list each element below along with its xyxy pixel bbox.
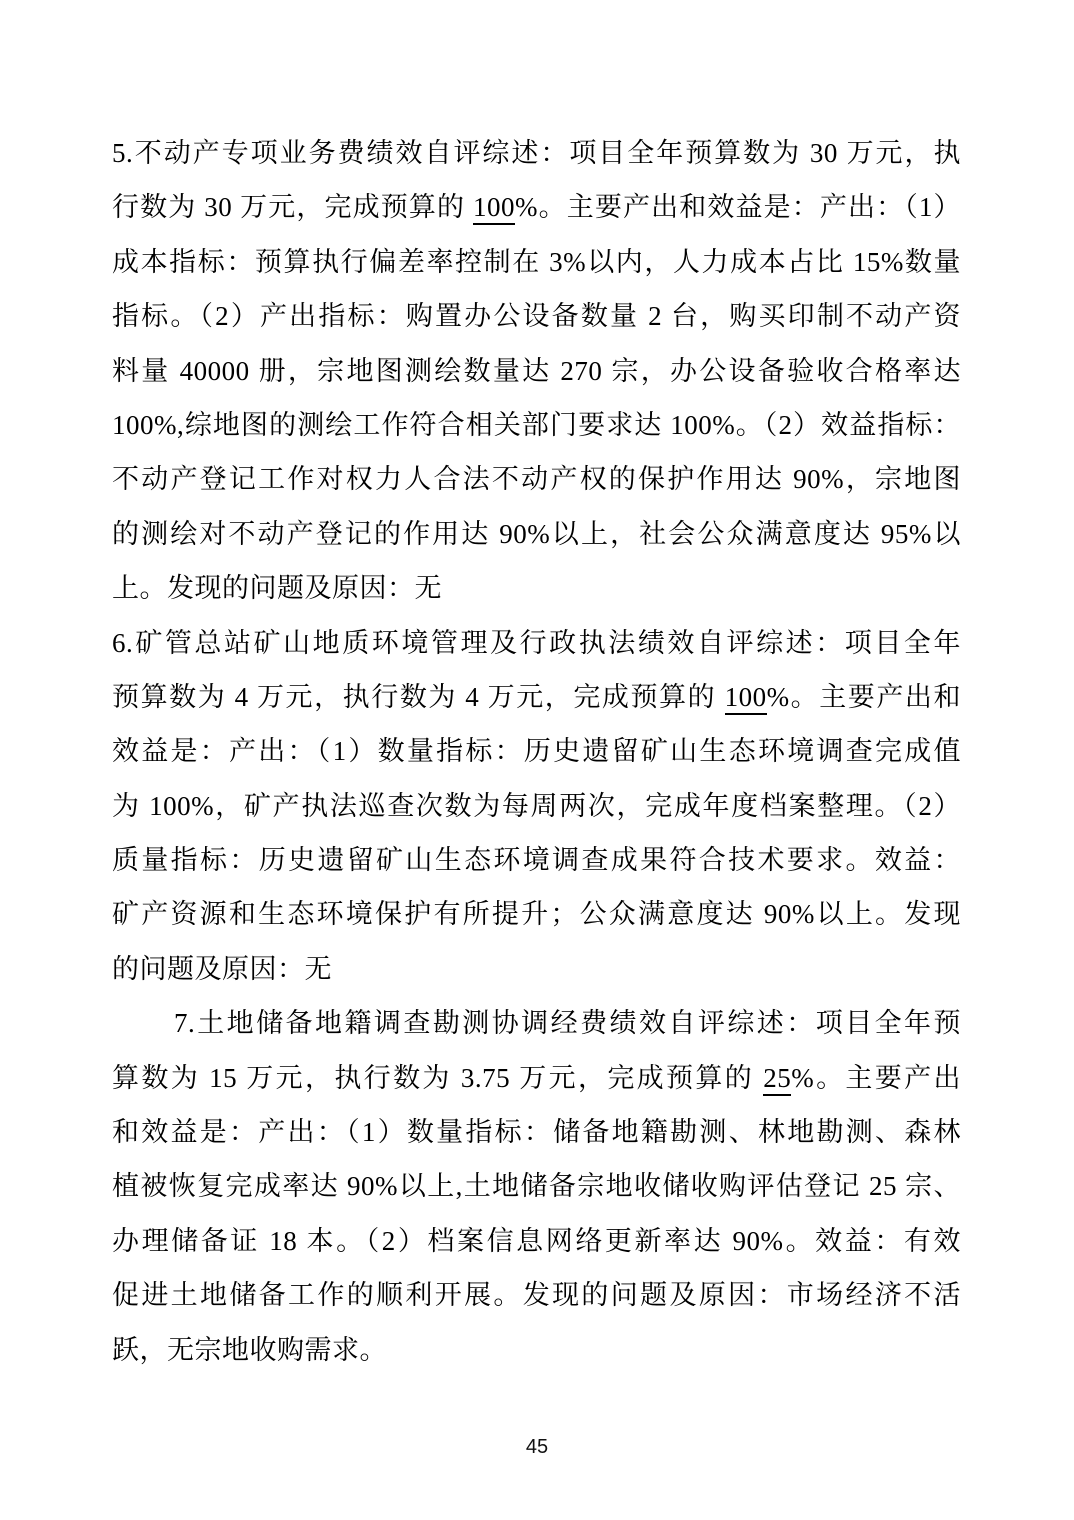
text-segment: 行数为 30 万元，完成预算的 xyxy=(112,192,473,222)
text-segment: 成本指标：预算执行偏差率控制在 3%以内，人力成本占比 15%数量 xyxy=(112,247,961,277)
text-segment: 和效益是：产出：（1）数量指标：储备地籍勘测、林地勘测、森林 xyxy=(112,1117,961,1147)
page-number: 45 xyxy=(0,1436,1074,1459)
text-line: 5.不动产专项业务费绩效自评综述：项目全年预算数为 30 万元，执 xyxy=(112,126,961,180)
text-line: 行数为 30 万元，完成预算的 100%。主要产出和效益是：产出：（1） xyxy=(112,180,961,234)
text-line: 促进土地储备工作的顺利开展。发现的问题及原因：市场经济不活 xyxy=(112,1268,961,1322)
text-line: 指标。（2）产出指标：购置办公设备数量 2 台，购买印制不动产资 xyxy=(112,289,961,343)
underlined-value: 25 xyxy=(763,1063,791,1096)
text-segment: 办理储备证 18 本。（2）档案信息网络更新率达 90%。效益：有效 xyxy=(112,1226,961,1256)
underlined-value: 100 xyxy=(473,192,515,225)
text-segment: 矿产资源和生态环境保护有所提升；公众满意度达 90%以上。发现 xyxy=(112,899,961,929)
text-line: 办理储备证 18 本。（2）档案信息网络更新率达 90%。效益：有效 xyxy=(112,1214,961,1268)
text-line: 的测绘对不动产登记的作用达 90%以上，社会公众满意度达 95%以 xyxy=(112,507,961,561)
text-segment: 的问题及原因：无 xyxy=(112,954,332,984)
text-line: 矿产资源和生态环境保护有所提升；公众满意度达 90%以上。发现 xyxy=(112,887,961,941)
text-segment: 7.土地储备地籍调查勘测协调经费绩效自评综述：项目全年预 xyxy=(174,1008,961,1038)
text-line: 上。发现的问题及原因：无 xyxy=(112,561,961,615)
text-line: 成本指标：预算执行偏差率控制在 3%以内，人力成本占比 15%数量 xyxy=(112,235,961,289)
text-segment: 的测绘对不动产登记的作用达 90%以上，社会公众满意度达 95%以 xyxy=(112,519,961,549)
text-line: 和效益是：产出：（1）数量指标：储备地籍勘测、林地勘测、森林 xyxy=(112,1105,961,1159)
text-segment: 效益是：产出：（1）数量指标：历史遗留矿山生态环境调查完成值 xyxy=(112,736,961,766)
text-line: 不动产登记工作对权力人合法不动产权的保护作用达 90%，宗地图 xyxy=(112,452,961,506)
text-segment: 指标。（2）产出指标：购置办公设备数量 2 台，购买印制不动产资 xyxy=(112,301,961,331)
document-page: 5.不动产专项业务费绩效自评综述：项目全年预算数为 30 万元，执行数为 30 … xyxy=(0,0,1074,1520)
text-segment: %。主要产出和 xyxy=(767,682,961,712)
text-line: 100%,综地图的测绘工作符合相关部门要求达 100%。（2）效益指标： xyxy=(112,398,961,452)
document-body-text: 5.不动产专项业务费绩效自评综述：项目全年预算数为 30 万元，执行数为 30 … xyxy=(112,126,961,1377)
text-line: 7.土地储备地籍调查勘测协调经费绩效自评综述：项目全年预 xyxy=(112,996,961,1050)
text-segment: 6.矿管总站矿山地质环境管理及行政执法绩效自评综述：项目全年 xyxy=(112,628,961,658)
text-segment: 100%,综地图的测绘工作符合相关部门要求达 100%。（2）效益指标： xyxy=(112,410,961,440)
text-line: 植被恢复完成率达 90%以上,土地储备宗地收储收购评估登记 25 宗、 xyxy=(112,1159,961,1213)
text-line: 为 100%，矿产执法巡查次数为每周两次，完成年度档案整理。（2） xyxy=(112,779,961,833)
text-segment: 5.不动产专项业务费绩效自评综述：项目全年预算数为 30 万元，执 xyxy=(112,138,961,168)
text-segment: 为 100%，矿产执法巡查次数为每周两次，完成年度档案整理。（2） xyxy=(112,791,961,821)
text-line: 料量 40000 册，宗地图测绘数量达 270 宗，办公设备验收合格率达 xyxy=(112,344,961,398)
text-line: 的问题及原因：无 xyxy=(112,942,961,996)
text-line: 预算数为 4 万元，执行数为 4 万元，完成预算的 100%。主要产出和 xyxy=(112,670,961,724)
text-segment: %。主要产出 xyxy=(791,1063,961,1093)
text-line: 6.矿管总站矿山地质环境管理及行政执法绩效自评综述：项目全年 xyxy=(112,616,961,670)
text-segment: 跃，无宗地收购需求。 xyxy=(112,1335,387,1365)
text-segment: %。主要产出和效益是：产出：（1） xyxy=(515,192,961,222)
text-segment: 质量指标：历史遗留矿山生态环境调查成果符合技术要求。效益： xyxy=(112,845,961,875)
text-segment: 植被恢复完成率达 90%以上,土地储备宗地收储收购评估登记 25 宗、 xyxy=(112,1171,961,1201)
text-line: 质量指标：历史遗留矿山生态环境调查成果符合技术要求。效益： xyxy=(112,833,961,887)
text-segment: 算数为 15 万元，执行数为 3.75 万元，完成预算的 xyxy=(112,1063,763,1093)
text-segment: 料量 40000 册，宗地图测绘数量达 270 宗，办公设备验收合格率达 xyxy=(112,356,961,386)
text-line: 跃，无宗地收购需求。 xyxy=(112,1323,961,1377)
underlined-value: 100 xyxy=(725,682,767,715)
text-segment: 预算数为 4 万元，执行数为 4 万元，完成预算的 xyxy=(112,682,725,712)
text-line: 算数为 15 万元，执行数为 3.75 万元，完成预算的 25%。主要产出 xyxy=(112,1051,961,1105)
text-line: 效益是：产出：（1）数量指标：历史遗留矿山生态环境调查完成值 xyxy=(112,724,961,778)
text-segment: 不动产登记工作对权力人合法不动产权的保护作用达 90%，宗地图 xyxy=(112,464,961,494)
text-segment: 促进土地储备工作的顺利开展。发现的问题及原因：市场经济不活 xyxy=(112,1280,961,1310)
text-segment: 上。发现的问题及原因：无 xyxy=(112,573,442,603)
